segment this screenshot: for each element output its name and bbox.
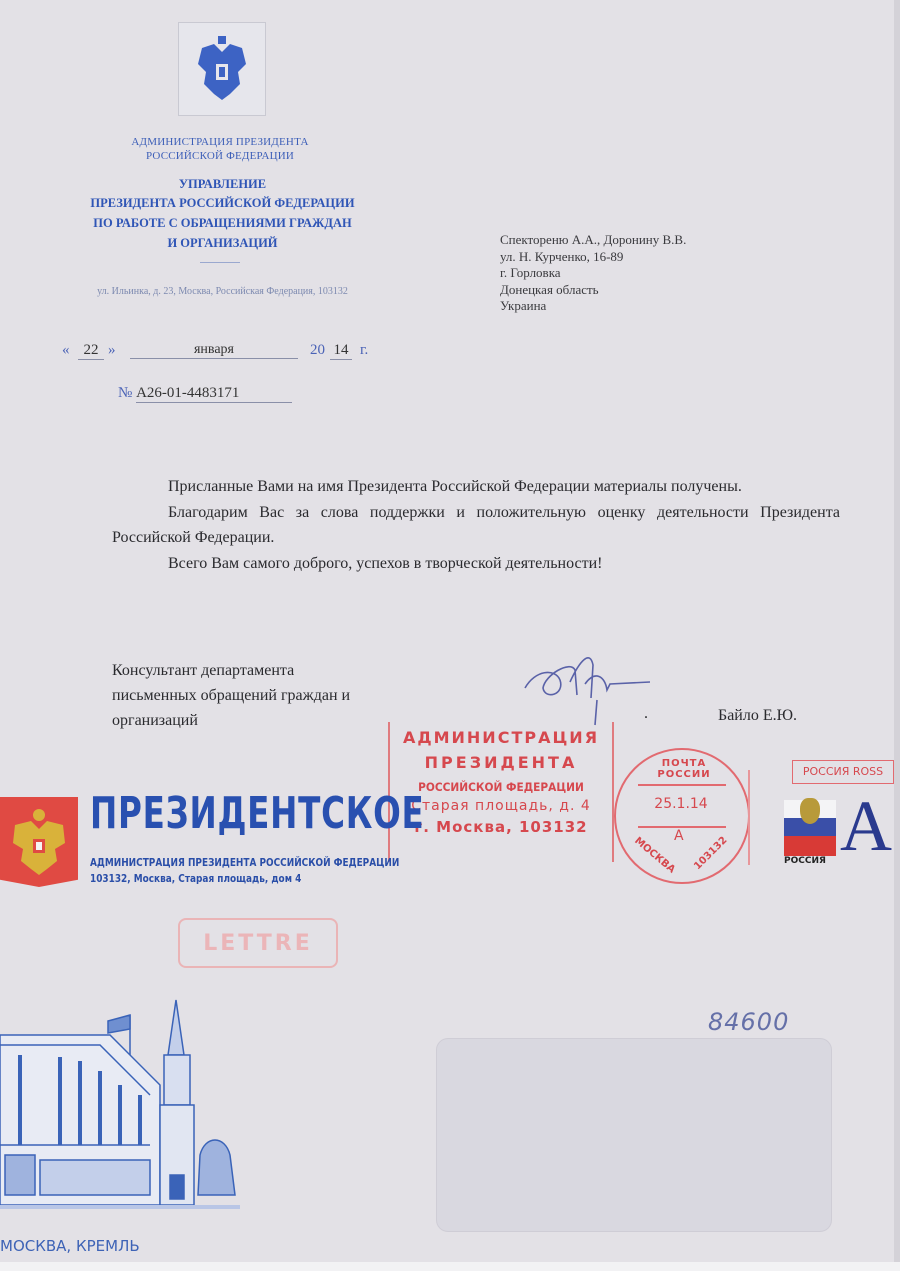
org-name-line2: РОССИЙСКОЙ ФЕДЕРАЦИИ bbox=[60, 150, 380, 163]
handwritten-number: 84600 bbox=[708, 1008, 789, 1036]
letter-body: Присланные Вами на имя Президента Россий… bbox=[112, 474, 840, 576]
date-open-quote: « bbox=[62, 342, 70, 359]
stamp-line: РОССИЙСКОЙ ФЕДЕРАЦИИ bbox=[399, 780, 603, 794]
coat-of-arms-icon bbox=[178, 22, 266, 116]
recipient-region: Донецкая область bbox=[500, 282, 686, 299]
recipient-block: Спектореню А.А., Доронину В.В. ул. Н. Ку… bbox=[500, 232, 686, 315]
signatory-position: Консультант департамента письменных обра… bbox=[112, 658, 350, 733]
registration-number: № А26-01-4483171 bbox=[118, 385, 292, 403]
body-paragraph: Присланные Вами на имя Президента Россий… bbox=[112, 474, 840, 500]
kremlin-caption: МОСКВА, КРЕМЛЬ bbox=[0, 1237, 140, 1255]
postmark: ПОЧТА РОССИИ 25.1.14 А МОСКВА 103132 bbox=[614, 748, 750, 884]
date-year-prefix: 20 bbox=[310, 342, 325, 359]
dept-line-1: УПРАВЛЕНИЕ bbox=[55, 176, 390, 193]
lettre-stamp: LETTRE bbox=[178, 918, 338, 968]
stamp-line: ПРЕЗИДЕНТА bbox=[390, 753, 612, 772]
dept-line-2: ПРЕЗИДЕНТА РОССИЙСКОЙ ФЕДЕРАЦИИ bbox=[55, 195, 390, 212]
coat-of-arms-icon bbox=[0, 797, 78, 887]
date-close-quote: » bbox=[108, 342, 116, 359]
date-day: 22 bbox=[78, 342, 104, 360]
body-paragraph: Благодарим Вас за слова поддержки и поло… bbox=[112, 500, 840, 551]
postmark-letter: А bbox=[674, 828, 684, 844]
brand-subtitle: АДМИНИСТРАЦИЯ ПРЕЗИДЕНТА РОССИЙСКОЙ ФЕДЕ… bbox=[90, 857, 399, 869]
kremlin-illustration bbox=[0, 995, 245, 1225]
position-line: письменных обращений граждан и bbox=[112, 683, 350, 708]
stamp-divider bbox=[748, 770, 750, 865]
number-sign: № bbox=[118, 385, 132, 401]
signature-dot: . bbox=[644, 705, 648, 723]
date-year-label: г. bbox=[360, 342, 368, 359]
date-month: января bbox=[130, 342, 298, 359]
brand-address: 103132, Москва, Старая площадь, дом 4 bbox=[90, 873, 301, 885]
postage-stamp: РОССИЯ ROSS РОССИЯ А bbox=[790, 760, 894, 870]
position-line: Консультант департамента bbox=[112, 658, 350, 683]
dept-line-4: И ОРГАНИЗАЦИЙ bbox=[55, 235, 390, 252]
registration-value: А26-01-4483171 bbox=[136, 385, 292, 403]
letterhead-address: ул. Ильинка, д. 23, Москва, Российская Ф… bbox=[40, 286, 405, 297]
recipient-street: ул. Н. Курченко, 16-89 bbox=[500, 249, 686, 266]
postmark-top-text: ПОЧТА РОССИИ bbox=[634, 758, 734, 780]
dept-line-3: ПО РАБОТЕ С ОБРАЩЕНИЯМИ ГРАЖДАН bbox=[55, 215, 390, 232]
meter-header: РОССИЯ ROSS bbox=[792, 760, 894, 784]
recipient-city: г. Горловка bbox=[500, 265, 686, 282]
paper-edge bbox=[894, 0, 900, 1271]
signatory-name: Байло Е.Ю. bbox=[718, 707, 797, 725]
recipient-country: Украина bbox=[500, 298, 686, 315]
letterhead-divider bbox=[200, 262, 240, 263]
stamp-letter-a: А bbox=[840, 786, 892, 866]
brand-title: ПРЕЗИДЕНТСКОЕ bbox=[90, 788, 424, 839]
postmark-city: МОСКВА bbox=[632, 835, 677, 875]
paper-bottom-edge bbox=[0, 1262, 900, 1271]
body-paragraph: Всего Вам самого доброго, успехов в твор… bbox=[112, 551, 840, 577]
postmark-index: 103132 bbox=[692, 835, 729, 872]
handwritten-signature bbox=[515, 640, 655, 730]
recipient-name: Спектореню А.А., Доронину В.В. bbox=[500, 232, 686, 249]
postmark-date: 25.1.14 bbox=[616, 796, 746, 812]
stamp-line: АДМИНИСТРАЦИЯ bbox=[390, 728, 612, 747]
position-line: организаций bbox=[112, 708, 350, 733]
stamp-country: РОССИЯ bbox=[784, 856, 826, 866]
org-name-line1: АДМИНИСТРАЦИЯ ПРЕЗИДЕНТА bbox=[60, 136, 380, 149]
eagle-icon bbox=[800, 798, 820, 824]
date-year-suffix: 14 bbox=[330, 342, 352, 360]
envelope-window bbox=[436, 1038, 832, 1232]
